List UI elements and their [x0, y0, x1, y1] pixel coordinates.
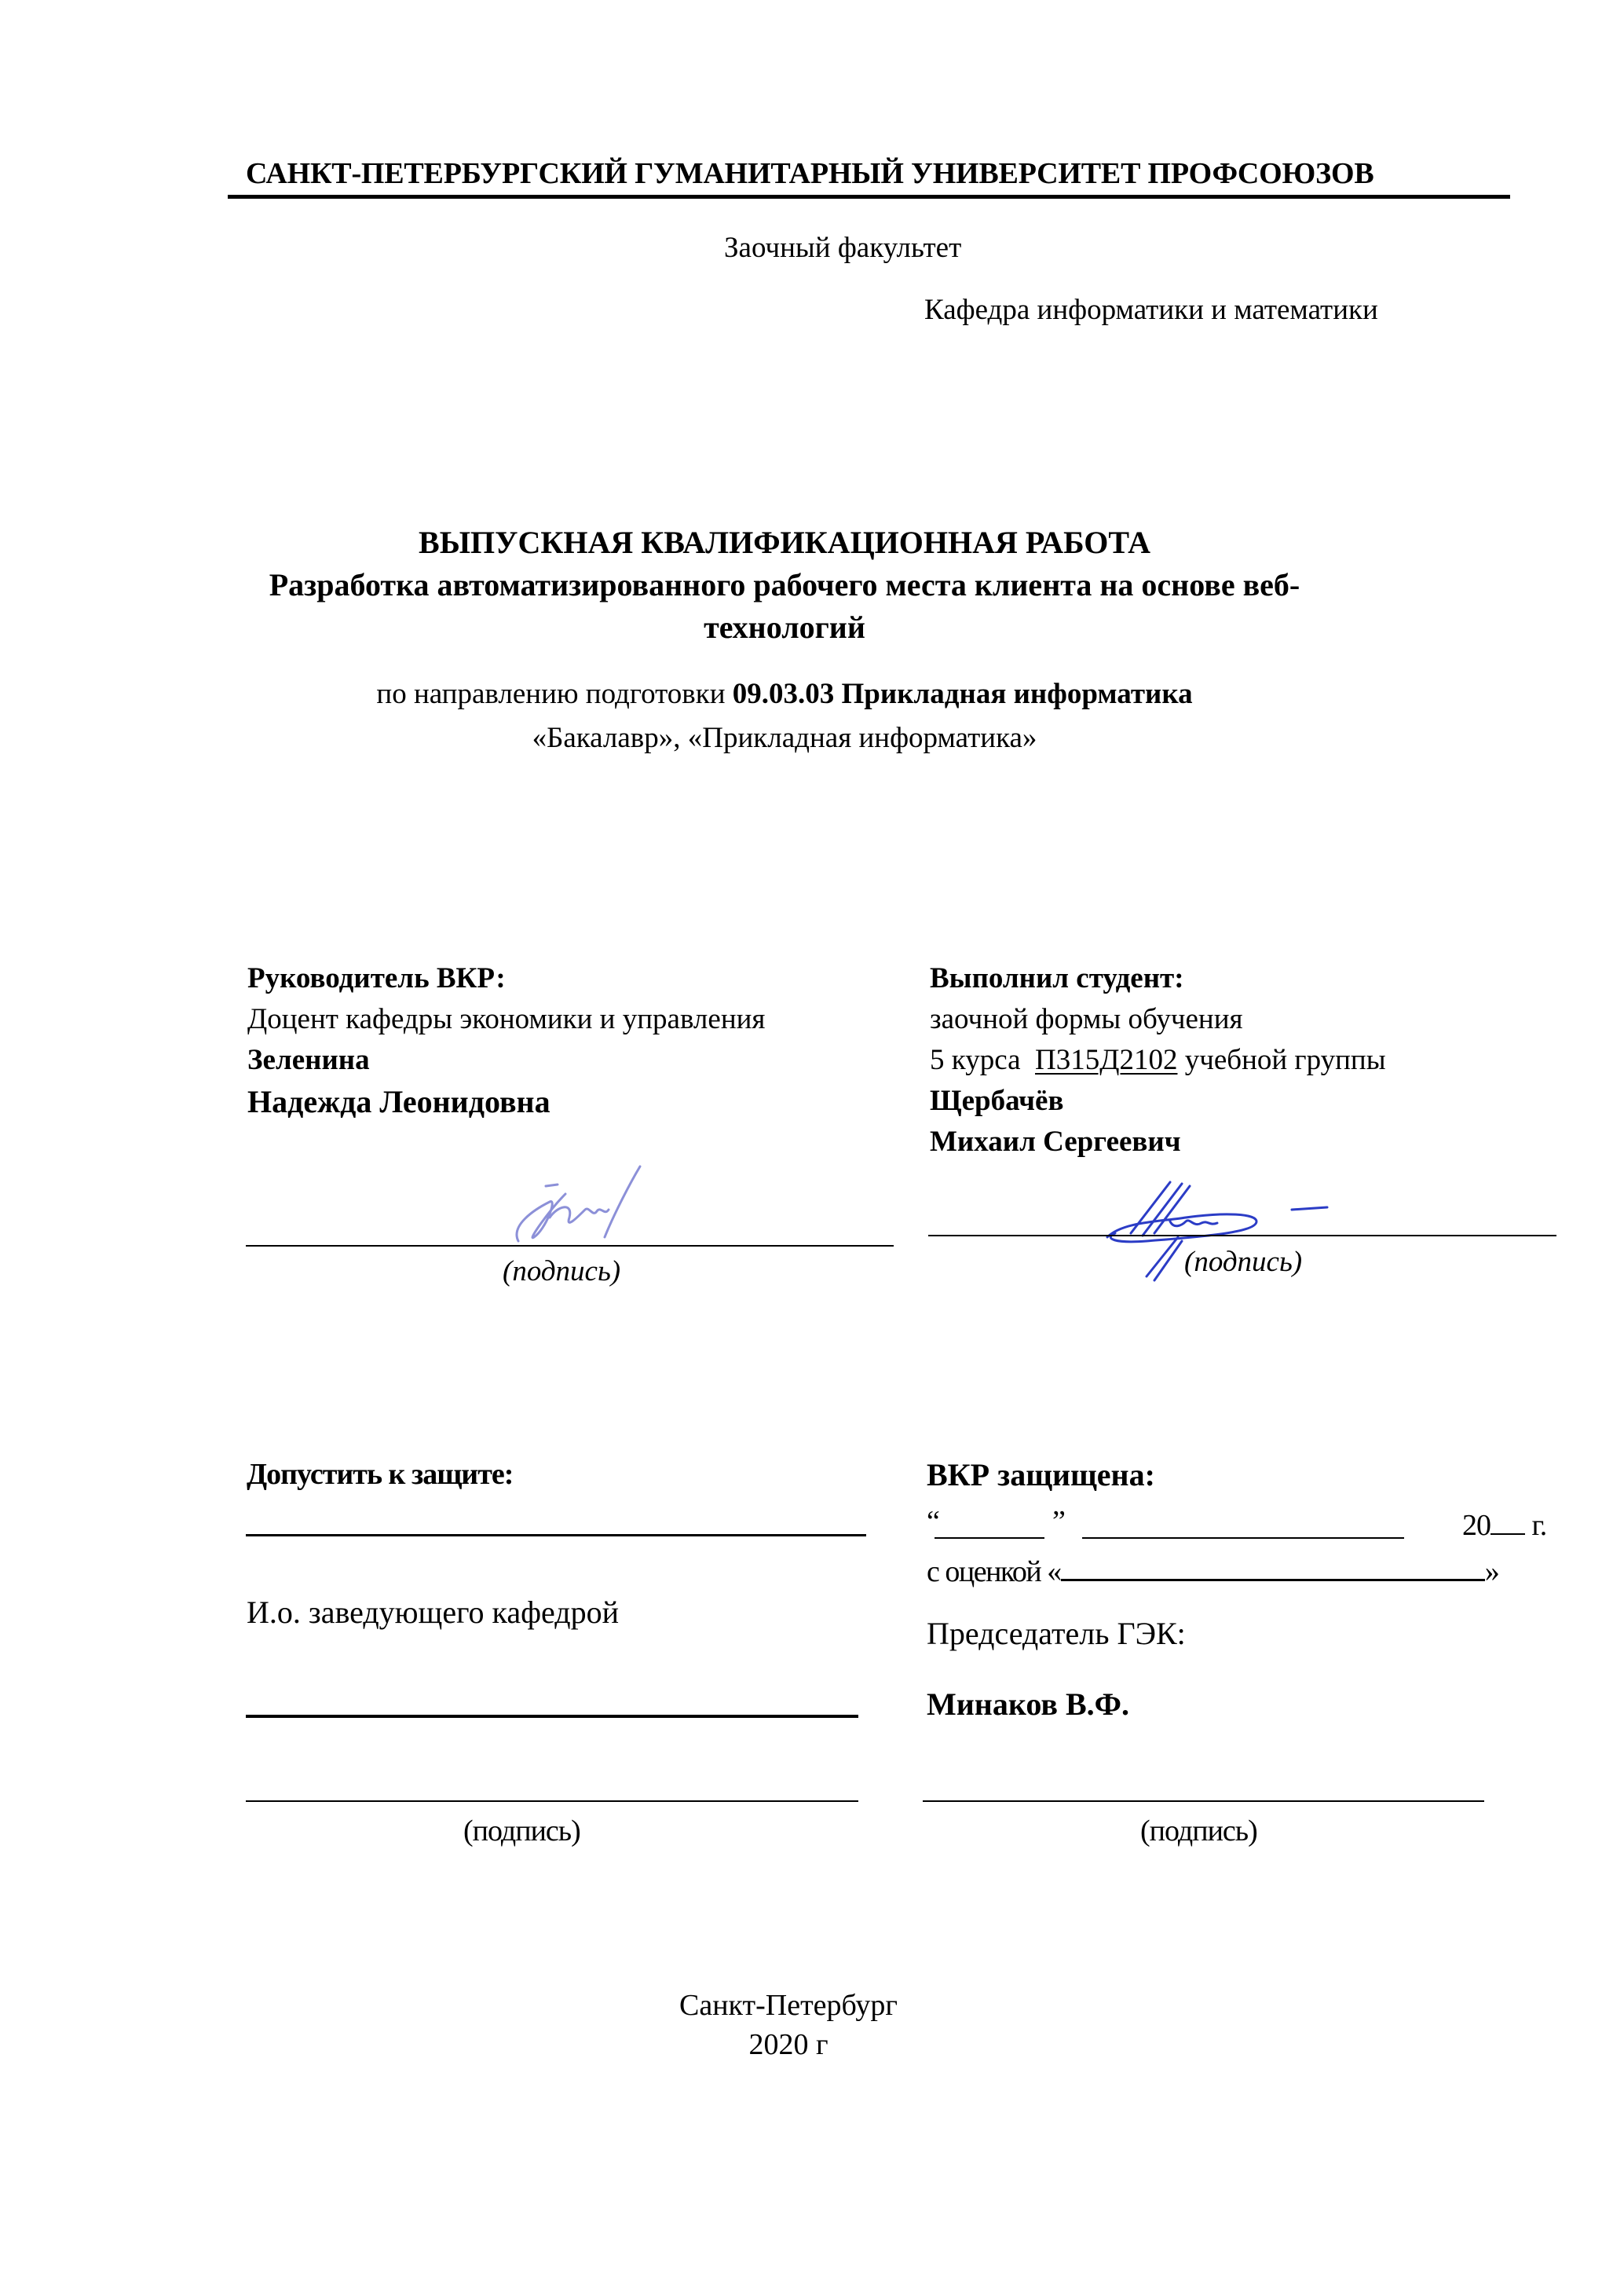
chair-name: Минаков В.Ф. — [927, 1689, 1129, 1720]
direction-prefix: по направлению подготовки — [376, 678, 732, 710]
student-form: заочной формы обучения — [930, 1005, 1243, 1034]
chair-label: Председатель ГЭК: — [927, 1618, 1186, 1650]
degree-line: «Бакалавр», «Прикладная информатика» — [0, 723, 1597, 753]
admission-line[interactable] — [246, 1534, 866, 1536]
admission-signature-caption: (подпись) — [463, 1816, 580, 1846]
group-suffix: учебной группы — [1177, 1044, 1385, 1076]
faculty-name: Заочный факультет — [724, 233, 961, 262]
year-suffix: г. — [1525, 1509, 1546, 1542]
work-type: ВЫПУСКНАЯ КВАЛИФИКАЦИОННАЯ РАБОТА — [0, 527, 1597, 558]
grade-suffix: » — [1485, 1555, 1499, 1588]
admission-label: Допустить к защите: — [247, 1459, 513, 1489]
university-name: САНКТ-ПЕТЕРБУРГСКИЙ ГУМАНИТАРНЫЙ УНИВЕРС… — [246, 159, 1373, 189]
year-field[interactable] — [1490, 1507, 1525, 1535]
year: 2020 г — [0, 2030, 1600, 2060]
student-course-group: 5 курса П315Д2102 учебной группы — [930, 1045, 1386, 1075]
topic-line-1: Разработка автоматизированного рабочего … — [0, 569, 1597, 601]
defense-date-row: “ — [927, 1507, 940, 1536]
direction-code: 09.03.03 Прикладная информатика — [733, 678, 1193, 710]
defense-label: ВКР защищена: — [927, 1459, 1155, 1491]
defense-year: 20 г. — [1462, 1507, 1546, 1540]
student-surname: Щербачёв — [930, 1086, 1063, 1115]
header-rule — [228, 195, 1510, 199]
year-prefix: 20 — [1462, 1509, 1490, 1542]
supervisor-signature-caption: (подпись) — [503, 1257, 620, 1286]
quote-open: “ — [927, 1505, 940, 1538]
supervisor-name: Надежда Леонидовна — [247, 1086, 550, 1118]
admission-role: И.о. заведующего кафедрой — [247, 1597, 619, 1628]
student-signature-caption: (подпись) — [1184, 1247, 1302, 1276]
city: Санкт-Петербург — [0, 1990, 1600, 2020]
student-signature-line — [928, 1235, 1556, 1236]
quote-close: ” — [1052, 1507, 1066, 1536]
supervisor-position: Доцент кафедры экономики и управления — [247, 1005, 765, 1034]
group-code: П315Д2102 — [1035, 1044, 1177, 1076]
defense-grade-row: с оценкой «» — [927, 1552, 1498, 1587]
student-label: Выполнил студент: — [930, 964, 1184, 993]
student-name: Михаил Сергеевич — [930, 1127, 1181, 1156]
defense-day-field[interactable] — [935, 1537, 1044, 1539]
admission-name-line[interactable] — [246, 1715, 858, 1718]
course-prefix: 5 курса — [930, 1044, 1035, 1076]
department-name: Кафедра информатики и математики — [924, 295, 1378, 324]
chair-signature-line[interactable] — [923, 1800, 1484, 1802]
admission-signature-line[interactable] — [246, 1800, 858, 1802]
supervisor-signature — [503, 1163, 675, 1249]
supervisor-surname: Зеленина — [247, 1045, 370, 1075]
supervisor-label: Руководитель ВКР: — [247, 964, 506, 993]
grade-prefix: с оценкой « — [927, 1555, 1061, 1588]
grade-field[interactable] — [1061, 1552, 1485, 1581]
direction-line: по направлению подготовки 09.03.03 Прикл… — [0, 679, 1597, 709]
chair-signature-caption: (подпись) — [1140, 1816, 1257, 1846]
topic-line-2: технологий — [0, 612, 1597, 643]
supervisor-signature-line — [246, 1245, 894, 1247]
defense-month-field[interactable] — [1082, 1537, 1404, 1539]
